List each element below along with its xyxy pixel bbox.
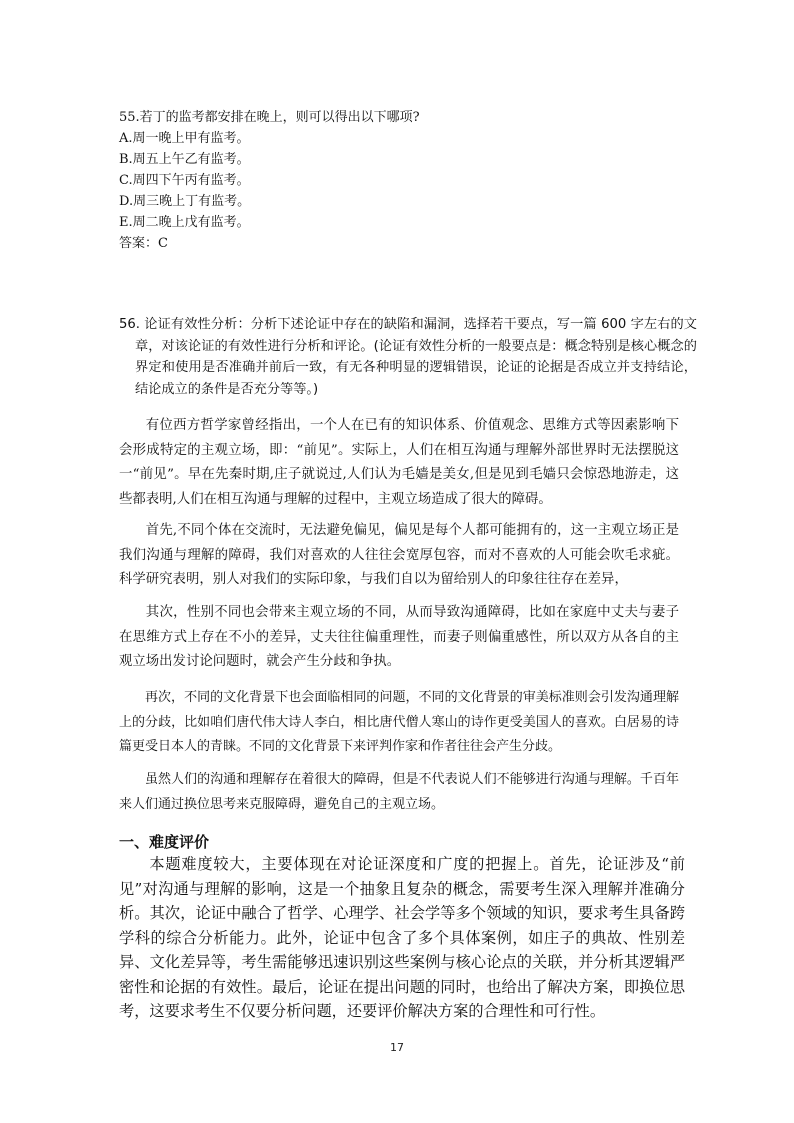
argument-paragraph-2: 首先,不同个体在交流时，无法避免偏见，偏见是每个人都可能拥有的，这一主观立场正是… — [119, 519, 679, 593]
answer: 答案：C — [119, 233, 168, 254]
option-e: E.周二晚上戊有监考。 — [119, 212, 250, 233]
evaluation-text: 本题难度较大，主要体现在对论证深度和广度的把握上。首先，论证涉及“前见”对沟通与… — [119, 852, 685, 1024]
document-page: 55.若丁的监考都安排在晚上，则可以得出以下哪项? A.周一晚上甲有监考。 B.… — [0, 0, 794, 1123]
argument-paragraph-1: 有位西方哲学家曾经指出，一个人在已有的知识体系、价值观念、思维方式等因素影响下会… — [119, 414, 679, 512]
option-d: D.周三晚上丁有监考。 — [119, 191, 250, 212]
argument-paragraph-3-text: 其次，性别不同也会带来主观立场的不同，从而导致沟通障碍，比如在家庭中丈夫与妻子在… — [119, 601, 679, 675]
page-number: 17 — [0, 1041, 794, 1054]
section-heading: 一、难度评价 — [119, 831, 209, 852]
argument-paragraph-4-text: 再次，不同的文化背景下也会面临相同的问题，不同的文化背景的审美标准则会引发沟通理… — [119, 686, 679, 760]
option-b: B.周五上午乙有监考。 — [119, 149, 250, 170]
question-56-prompt-text: 56. 论证有效性分析：分析下述论证中存在的缺陷和漏洞，选择若干要点，写一篇 6… — [135, 314, 697, 400]
argument-paragraph-3: 其次，性别不同也会带来主观立场的不同，从而导致沟通障碍，比如在家庭中丈夫与妻子在… — [119, 601, 679, 675]
argument-paragraph-2-text: 首先,不同个体在交流时，无法避免偏见，偏见是每个人都可能拥有的，这一主观立场正是… — [119, 519, 679, 593]
argument-paragraph-1-text: 有位西方哲学家曾经指出，一个人在已有的知识体系、价值观念、思维方式等因素影响下会… — [119, 414, 679, 512]
argument-paragraph-5: 虽然人们的沟通和理解存在着很大的障碍，但是不代表说人们不能够进行沟通与理解。千百… — [119, 768, 679, 817]
argument-paragraph-5-text: 虽然人们的沟通和理解存在着很大的障碍，但是不代表说人们不能够进行沟通与理解。千百… — [119, 768, 679, 817]
question-55-stem: 55.若丁的监考都安排在晚上，则可以得出以下哪项? — [119, 107, 420, 128]
evaluation-paragraph: 本题难度较大，主要体现在对论证深度和广度的把握上。首先，论证涉及“前见”对沟通与… — [119, 852, 685, 1024]
argument-paragraph-4: 再次，不同的文化背景下也会面临相同的问题，不同的文化背景的审美标准则会引发沟通理… — [119, 686, 679, 760]
option-c: C.周四下午丙有监考。 — [119, 170, 250, 191]
option-a: A.周一晚上甲有监考。 — [119, 128, 250, 149]
question-56-prompt: 56. 论证有效性分析：分析下述论证中存在的缺陷和漏洞，选择若干要点，写一篇 6… — [119, 314, 697, 400]
